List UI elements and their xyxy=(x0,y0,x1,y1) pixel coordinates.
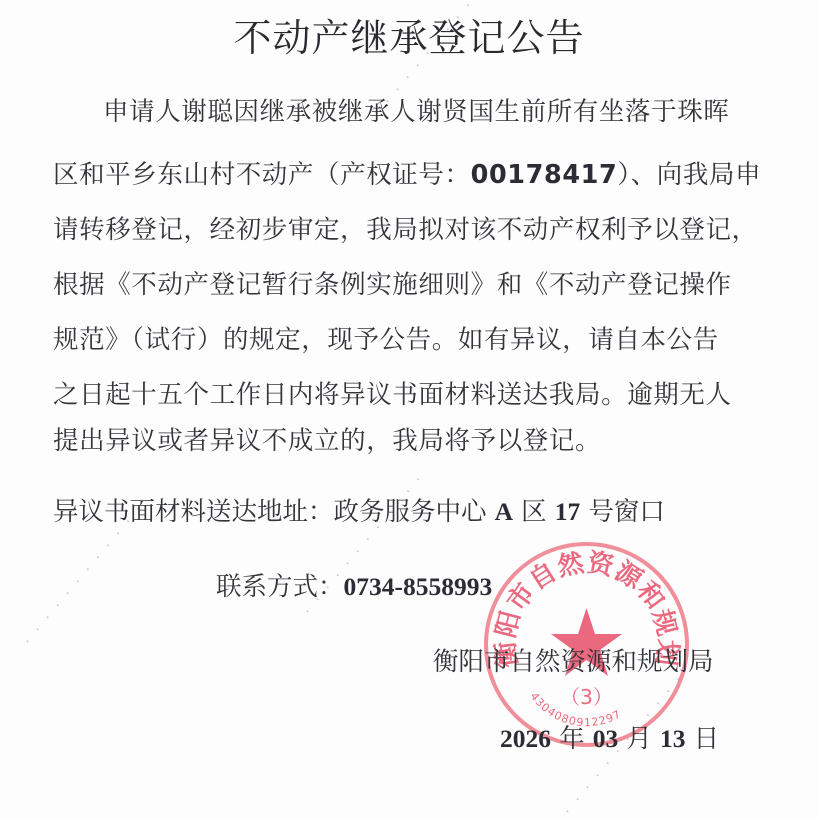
body-line-5: 规范》（试行）的规定，现予公告。如有异议，请自本公告 xyxy=(53,323,773,357)
date-month-unit: 月 xyxy=(626,724,652,754)
body-line-1: 申请人谢聪因继承被继承人谢贤国生前所有坐落于珠晖 xyxy=(103,95,818,129)
body-line-4: 根据《不动产登记暂行条例实施细则》和《不动产登记操作 xyxy=(53,268,773,302)
address-label: 异议书面材料送达地址：政务服务中心 xyxy=(53,497,487,527)
date-year-unit: 年 xyxy=(559,724,585,754)
address-window-suffix: 号窗口 xyxy=(588,497,665,527)
address-zone-suffix: 区 xyxy=(521,497,547,527)
date-day-unit: 日 xyxy=(694,724,720,754)
issuing-authority: 衡阳市自然资源和规划局 xyxy=(433,645,714,679)
body-line-2-prefix: 区和平乡东山村不动产（产权证号： xyxy=(53,160,471,190)
body-line-3: 请转移登记，经初步审定，我局拟对该不动产权利予以登记， xyxy=(53,213,773,247)
notice-page: · · · · · · · · · · · · · · · · · · · · … xyxy=(0,0,818,818)
body-line-2: 区和平乡东山村不动产（产权证号：00178417）、向我局申 xyxy=(53,158,773,192)
body-line-6: 之日起十五个工作日内将异议书面材料送达我局。逾期无人 xyxy=(53,378,773,412)
contact-label: 联系方式： xyxy=(216,572,344,602)
svg-text:（3）: （3） xyxy=(560,685,613,709)
contact-phone: 0734-8558993 xyxy=(344,572,493,601)
objection-address: 异议书面材料送达地址：政务服务中心 A 区 17 号窗口 xyxy=(53,495,665,529)
address-zone: A xyxy=(495,497,513,526)
date-month: 03 xyxy=(593,724,619,753)
body-line-2-suffix: ）、向我局申 xyxy=(617,160,761,190)
contact-info: 联系方式：0734-8558993 xyxy=(216,570,492,604)
address-window-number: 17 xyxy=(555,497,581,526)
date-year: 2026 xyxy=(500,724,551,753)
certificate-number: 00178417 xyxy=(471,160,618,190)
body-line-7: 提出异议或者异议不成立的，我局将予以登记。 xyxy=(53,424,773,458)
date-day: 13 xyxy=(660,724,686,753)
notice-title: 不动产继承登记公告 xyxy=(0,12,818,64)
issue-date: 2026 年 03 月 13 日 xyxy=(500,722,719,756)
